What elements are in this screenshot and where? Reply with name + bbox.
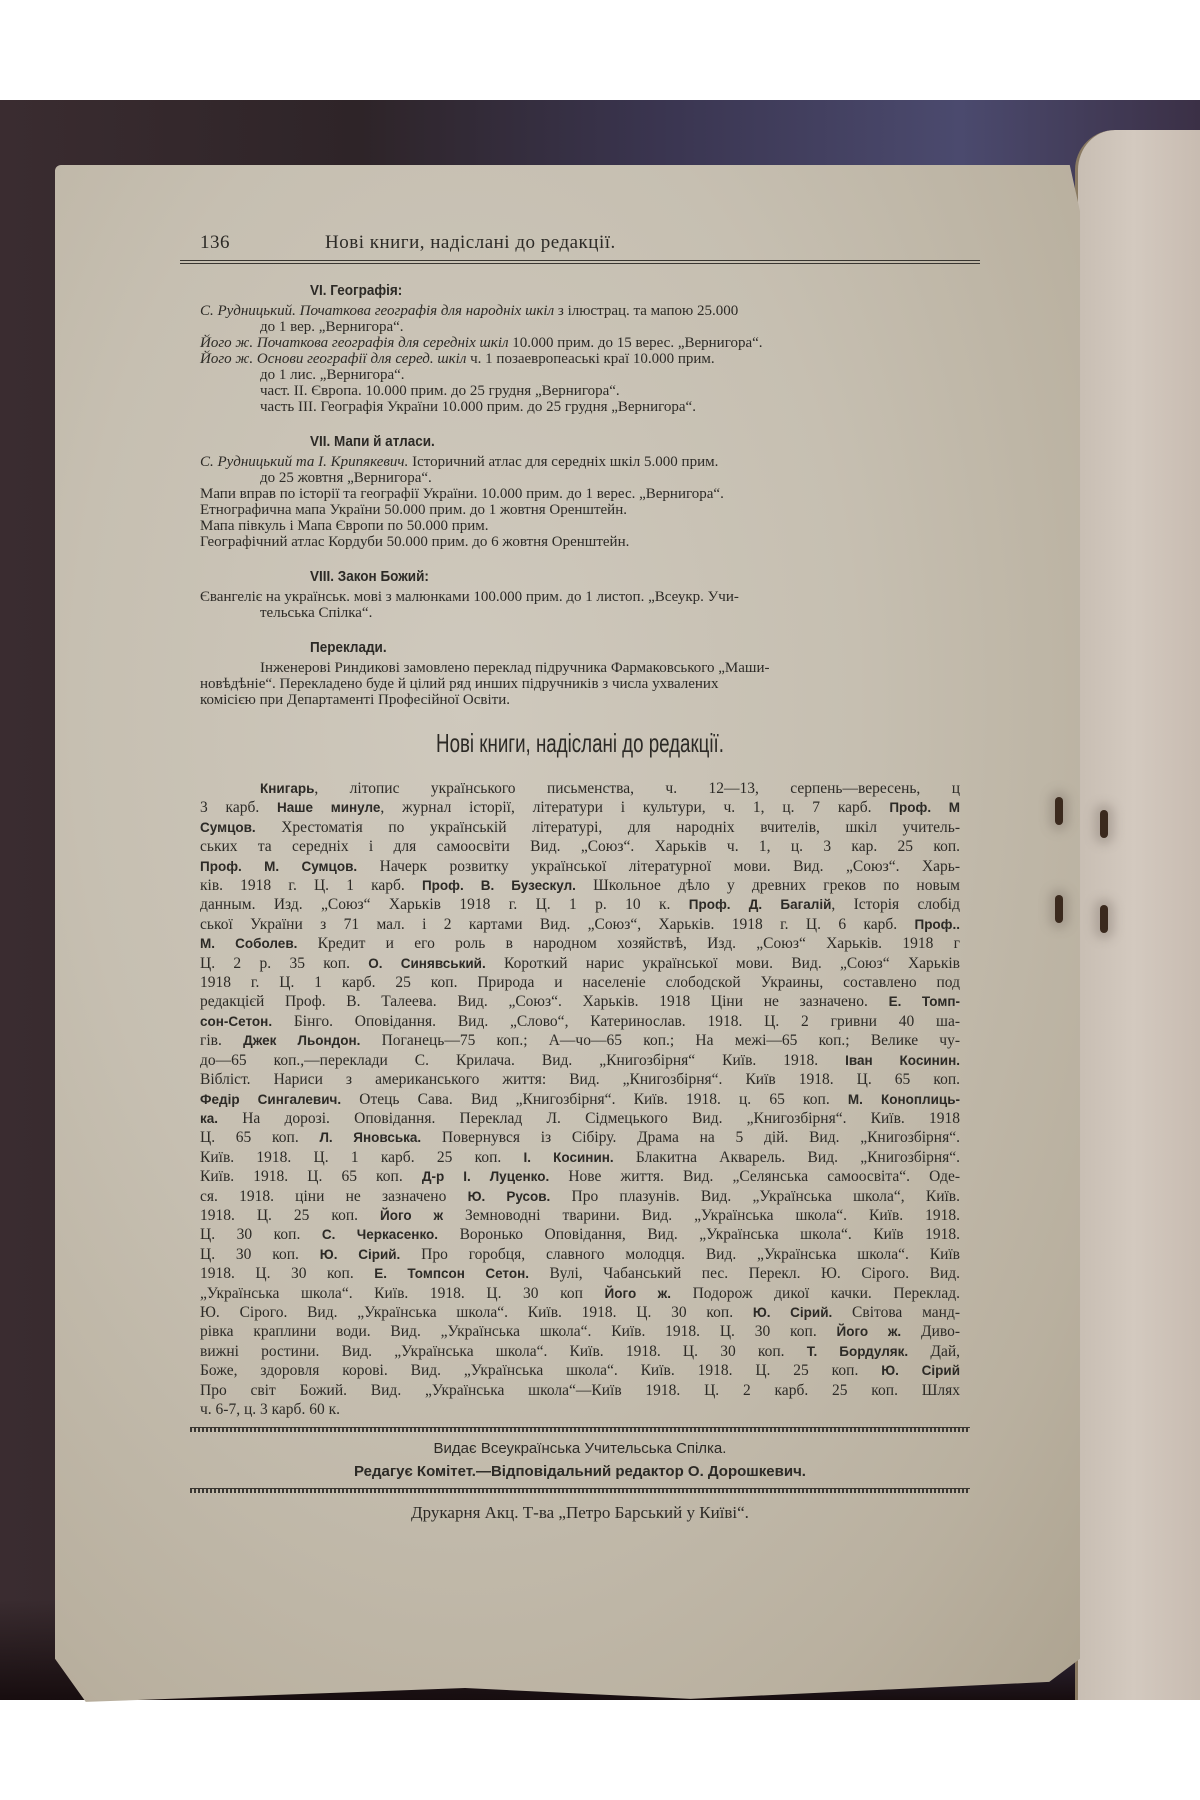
book-author: Ю. Русов.: [468, 1189, 551, 1204]
paragraph-line: ської України з 71 мал. і 2 картами Вид.…: [200, 915, 960, 934]
book-details: Начерк розвитку української літературної…: [357, 858, 960, 875]
entry-line: новѣдѣніе“. Перекладено буде й цілий ряд…: [200, 676, 960, 692]
book-details: Диво-: [901, 1323, 960, 1340]
book-details: вижні ростини. Вид. „Українська школа“. …: [200, 1343, 807, 1360]
book-details: Хрестоматія по українській літературі, д…: [256, 819, 960, 836]
section-title: Переклади.: [310, 639, 895, 656]
binding-hole: [1100, 905, 1108, 933]
entry-line: часть III. Географія України 10.000 прим…: [200, 399, 960, 415]
paragraph-line: ських та середніх і для самоосвіти Вид. …: [200, 837, 960, 856]
entry-author-title: Його ж. Початкова географія для середніх…: [200, 335, 509, 351]
book-details: ських та середніх і для самоосвіти Вид. …: [200, 838, 960, 855]
book-author: Книгарь: [260, 781, 314, 796]
book-details: гів.: [200, 1032, 243, 1049]
entry-line: Євангеліє на українськ. мові з малюнками…: [200, 589, 960, 605]
paragraph-line: „Українська школа“. Київ. 1918. Ц. 30 ко…: [200, 1284, 960, 1303]
book-author: Іван Косинин.: [845, 1053, 960, 1068]
book-details: Про горобця, славного молодця. Вид. „Укр…: [400, 1246, 960, 1263]
book-details: редакцієй Проф. В. Талеева. Вид. „Союз“.…: [200, 993, 889, 1010]
book-author: Його ж: [380, 1208, 443, 1223]
book-author: С. Черкасенко.: [322, 1227, 438, 1242]
book-author: Його ж.: [605, 1286, 671, 1301]
entry-details: до 1 вер. „Вернигора“.: [260, 319, 404, 335]
paragraph-line: сон-Сетон. Бінго. Оповідання. Вид. „Слов…: [200, 1012, 960, 1031]
entry-line: С. Рудницький. Початкова географія для н…: [200, 303, 960, 319]
sections-list: VI. Географія:С. Рудницький. Початкова г…: [200, 282, 960, 708]
book-author: сон-Сетон.: [200, 1014, 272, 1029]
paragraph-line: 3 карб. Наше минуле, журнал історії, літ…: [200, 798, 960, 817]
entry-line: Географічний атлас Кордуби 50.000 прим. …: [200, 534, 960, 550]
book-author: Проф..: [914, 917, 960, 932]
paragraph-line: Ц. 30 коп. Ю. Сірий. Про горобця, славно…: [200, 1245, 960, 1264]
entry-line: Інженерові Риндикові замовлено переклад …: [200, 660, 960, 676]
paragraph-line: М. Соболев. Кредит и его роль в народном…: [200, 934, 960, 953]
book-details: Ц. 2 р. 35 коп.: [200, 955, 368, 972]
book-details: На дорозі. Оповідання. Переклад Л. Сідме…: [218, 1110, 960, 1127]
entry-line: Його ж. Початкова географія для середніх…: [200, 335, 960, 351]
book-details: Бінго. Оповідання. Вид. „Слово“, Катерин…: [272, 1013, 960, 1030]
entry-details: Євангеліє на українськ. мові з малюнками…: [200, 589, 739, 605]
paragraph-line: Вібліст. Нариси з американського життя: …: [200, 1070, 960, 1089]
book-details: , Історія слобід: [831, 896, 960, 913]
entry-details: Географічний атлас Кордуби 50.000 прим. …: [200, 534, 629, 550]
book-author: М. Соболев.: [200, 936, 297, 951]
book-details: 3 карб.: [200, 799, 277, 816]
book-details: Ц. 30 коп.: [200, 1226, 322, 1243]
book-details: Київ. 1918. Ц. 1 карб. 25 коп.: [200, 1149, 524, 1166]
book-details: Поганець—75 коп.; А—чо—65 коп.; На межі—…: [360, 1032, 960, 1049]
paragraph-line: ч. 6-7, ц. 3 карб. 60 к.: [200, 1400, 960, 1419]
book-details: Воронько Оповідання, Вид. „Українська шк…: [438, 1226, 960, 1243]
paragraph-line: Про світ Божий. Вид. „Українська школа“—…: [200, 1381, 960, 1400]
book-author: Е. Томп-: [889, 994, 960, 1009]
section-title: VII. Мапи й атласи.: [310, 433, 895, 450]
entry-line: Мапи вправ по історії та географії Украї…: [200, 486, 960, 502]
book-author: Проф. М. Сумцов.: [200, 859, 357, 874]
entry-line: Його ж. Основи географії для серед. шкіл…: [200, 351, 960, 367]
paragraph-line: ків. 1918 г. Ц. 1 карб. Проф. В. Бузеску…: [200, 876, 960, 895]
entry-line: до 25 жовтня „Вернигора“.: [200, 470, 960, 486]
paragraph-line: Книгарь, літопис українського письменств…: [200, 779, 960, 798]
book-details: Київ. 1918. Ц. 65 коп.: [200, 1168, 422, 1185]
section-title: VI. Географія:: [310, 282, 895, 299]
book-details: 1918 г. Ц. 1 карб. 25 коп. Природа и нас…: [200, 974, 960, 991]
paragraph-line: Боже, здоровля корові. Вид. „Українська …: [200, 1361, 960, 1380]
book-details: Вулі, Чабанський пес. Перекл. Ю. Сірого.…: [529, 1265, 960, 1282]
entry-details: Мапа півкуль і Мапа Європи по 50.000 при…: [200, 518, 489, 534]
book-details: Кредит и его роль в народном хозяйствѣ, …: [297, 935, 960, 952]
page-number: 136: [200, 232, 325, 254]
paragraph-line: ся. 1918. ціни не зазначено Ю. Русов. Пр…: [200, 1187, 960, 1206]
book-author: Е. Томпсон Сетон.: [374, 1266, 529, 1281]
book-details: Про світ Божий. Вид. „Українська школа“—…: [200, 1382, 960, 1399]
binding-hole: [1055, 797, 1063, 825]
book-details: , журнал історії, літератури і культури,…: [380, 799, 889, 816]
book-details: Про плазунів. Вид. „Українська школа“, К…: [550, 1188, 960, 1205]
book-author: Проф. Д. Багалій: [689, 897, 832, 912]
paragraph-line: Ц. 2 р. 35 коп. О. Синявський. Короткий …: [200, 954, 960, 973]
book-details: Повернувся із Сібіру. Драма на 5 дій. Ви…: [421, 1129, 960, 1146]
book-details: Боже, здоровля корові. Вид. „Українська …: [200, 1362, 881, 1379]
paragraph-line: гів. Джек Льондон. Поганець—75 коп.; А—ч…: [200, 1031, 960, 1050]
section-title: VIII. Закон Божий:: [310, 568, 895, 585]
entry-line: до 1 лис. „Вернигора“.: [200, 367, 960, 383]
entry-details: комісією при Департаменті Професійної Ос…: [200, 692, 510, 708]
paragraph-line: Ю. Сірого. Вид. „Українська школа“. Київ…: [200, 1303, 960, 1322]
book-details: Отець Сава. Вид „Книгозбірня“. Київ. 191…: [341, 1091, 848, 1108]
book-author: І. Косинин.: [524, 1150, 614, 1165]
paragraph-line: Проф. М. Сумцов. Начерк розвитку українс…: [200, 857, 960, 876]
entry-details: ч. 1 позаевропеаські краї 10.000 прим.: [466, 351, 714, 367]
paragraph-line: 1918. Ц. 25 коп. Його ж Земноводні твари…: [200, 1206, 960, 1225]
book-author: Л. Яновська.: [319, 1130, 421, 1145]
book-details: Школьное дѣло у древних греков по новым: [576, 877, 960, 894]
book-details: ків. 1918 г. Ц. 1 карб.: [200, 877, 422, 894]
book-author: Сумцов.: [200, 820, 256, 835]
entry-line: комісією при Департаменті Професійної Ос…: [200, 692, 960, 708]
book-details: рівка краплини води. Вид. „Українська шк…: [200, 1323, 837, 1340]
section-heading: Нові книги, надіслані до редакції.: [306, 728, 853, 759]
entry-line: Мапа півкуль і Мапа Європи по 50.000 при…: [200, 518, 960, 534]
entry-line: тельська Спілка“.: [200, 605, 960, 621]
book-details: , літопис українського письменства, ч. 1…: [314, 780, 960, 797]
book-author: ка.: [200, 1111, 218, 1126]
book-details: Нове життя. Вид. „Селянська самоосвіта“.…: [549, 1168, 960, 1185]
book-details: Ц. 65 коп.: [200, 1129, 319, 1146]
book-author: Д-р І. Луценко.: [422, 1169, 549, 1184]
book-details: Вібліст. Нариси з американського життя: …: [200, 1071, 960, 1088]
paragraph-line: ка. На дорозі. Оповідання. Переклад Л. С…: [200, 1109, 960, 1128]
book-author: Проф. В. Бузескул.: [422, 878, 576, 893]
entry-details: Історичний атлас для середніх шкіл 5.000…: [408, 454, 718, 470]
book-details: ч. 6-7, ц. 3 карб. 60 к.: [200, 1401, 340, 1418]
book-details: данным. Изд. „Союз“ Харьків 1918 г. Ц. 1…: [200, 896, 689, 913]
paragraph-line: Київ. 1918. Ц. 65 коп. Д-р І. Луценко. Н…: [200, 1167, 960, 1186]
book-details: Дай,: [908, 1343, 960, 1360]
book-author: Т. Бордуляк.: [807, 1344, 908, 1359]
book-author: Проф. М: [889, 800, 960, 815]
paragraph-line: вижні ростини. Вид. „Українська школа“. …: [200, 1342, 960, 1361]
colophon-rule-bottom: [190, 1488, 970, 1493]
paragraph-line: Сумцов. Хрестоматія по українській літер…: [200, 818, 960, 837]
paragraph-line: Федір Сингалевич. Отець Сава. Вид „Книго…: [200, 1090, 960, 1109]
entry-details: до 25 жовтня „Вернигора“.: [260, 470, 432, 486]
editor-line: Редагує Комітет.—Відповідальний редактор…: [200, 1463, 960, 1480]
paragraph-line: 1918 г. Ц. 1 карб. 25 коп. Природа и нас…: [200, 973, 960, 992]
entry-details: част. II. Європа. 10.000 прим. до 25 гру…: [260, 383, 620, 399]
book-author: Федір Сингалевич.: [200, 1092, 341, 1107]
entry-details: до 1 лис. „Вернигора“.: [260, 367, 405, 383]
paragraph-line: Київ. 1918. Ц. 1 карб. 25 коп. І. Косини…: [200, 1148, 960, 1167]
book-details: „Українська школа“. Київ. 1918. Ц. 30 ко…: [200, 1285, 605, 1302]
entry-details: тельська Спілка“.: [260, 605, 372, 621]
entry-line: С. Рудницький та І. Крипякевич. Історичн…: [200, 454, 960, 470]
entry-details: з ілюстрац. та мапою 25.000: [554, 303, 738, 319]
new-books-paragraph: Книгарь, літопис українського письменств…: [200, 779, 960, 1419]
paragraph-line: до—65 коп.,—переклади С. Крилача. Вид. „…: [200, 1051, 960, 1070]
publisher-line: Видає Всеукраїнська Учительська Спілка.: [200, 1440, 960, 1457]
entry-author-title: С. Рудницький та І. Крипякевич.: [200, 454, 408, 470]
paragraph-line: Ц. 30 коп. С. Черкасенко. Воронько Опові…: [200, 1225, 960, 1244]
book-details: ся. 1918. ціни не зазначено: [200, 1188, 468, 1205]
entry-author-title: С. Рудницький. Початкова географія для н…: [200, 303, 554, 319]
entry-details: новѣдѣніе“. Перекладено буде й цілий ряд…: [200, 676, 718, 692]
binding-hole: [1055, 895, 1063, 923]
colophon-rule-top: [190, 1427, 970, 1432]
book-author: Ю. Сірий.: [320, 1247, 401, 1262]
entry-details: Мапи вправ по історії та географії Украї…: [200, 486, 724, 502]
book-author: М. Коноплиць-: [848, 1092, 960, 1107]
book-author: Ю. Сірий.: [753, 1305, 832, 1320]
entry-details: Етнографична мапа України 50.000 прим. д…: [200, 502, 627, 518]
entry-line: Етнографична мапа України 50.000 прим. д…: [200, 502, 960, 518]
paragraph-line: данным. Изд. „Союз“ Харьків 1918 г. Ц. 1…: [200, 895, 960, 914]
book-details: Ц. 30 коп.: [200, 1246, 320, 1263]
book-details: ської України з 71 мал. і 2 картами Вид.…: [200, 916, 914, 933]
paragraph-line: редакцієй Проф. В. Талеева. Вид. „Союз“.…: [200, 992, 960, 1011]
book-details: Земноводні тварини. Вид. „Українська шко…: [443, 1207, 960, 1224]
page-content: 136 Нові книги, надіслані до редакції. V…: [200, 232, 960, 1523]
paragraph-line: Ц. 65 коп. Л. Яновська. Повернувся із Сі…: [200, 1128, 960, 1147]
book-details: 1918. Ц. 30 коп.: [200, 1265, 374, 1282]
facing-page: [1075, 130, 1200, 1700]
book-details: 1918. Ц. 25 коп.: [200, 1207, 380, 1224]
entry-details: часть III. Географія України 10.000 прим…: [260, 399, 696, 415]
book-author: Його ж.: [837, 1324, 902, 1339]
book-details: до—65 коп.,—переклади С. Крилача. Вид. „…: [200, 1052, 845, 1069]
paragraph-line: рівка краплини води. Вид. „Українська шк…: [200, 1322, 960, 1341]
entry-details: Інженерові Риндикові замовлено переклад …: [260, 660, 769, 676]
book-author: Джек Льондон.: [243, 1033, 360, 1048]
book-author: Ю. Сірий: [881, 1363, 960, 1378]
header-rule: [180, 260, 980, 264]
entry-author-title: Його ж. Основи географії для серед. шкіл: [200, 351, 466, 367]
paragraph-line: 1918. Ц. 30 коп. Е. Томпсон Сетон. Вулі,…: [200, 1264, 960, 1283]
binding-hole: [1100, 810, 1108, 838]
book-author: Наше минуле: [277, 800, 380, 815]
book-details: Ю. Сірого. Вид. „Українська школа“. Київ…: [200, 1304, 753, 1321]
book-details: Короткий нарис української мови. Вид. „С…: [486, 955, 960, 972]
running-head: 136 Нові книги, надіслані до редакції.: [200, 232, 960, 254]
book-author: О. Синявський.: [368, 956, 485, 971]
printer-line: Друкарня Акц. Т-ва „Петро Барський у Киї…: [200, 1503, 960, 1523]
book-details: Подорож дикої качки. Переклад.: [671, 1285, 960, 1302]
entry-line: до 1 вер. „Вернигора“.: [200, 319, 960, 335]
book-details: Світова манд-: [832, 1304, 960, 1321]
running-title: Нові книги, надіслані до редакції.: [325, 232, 616, 254]
book-details: Блакитна Акварель. Вид. „Книгозбірня“.: [614, 1149, 960, 1166]
entry-line: част. II. Європа. 10.000 прим. до 25 гру…: [200, 383, 960, 399]
entry-details: 10.000 прим. до 15 верес. „Вернигора“.: [509, 335, 763, 351]
